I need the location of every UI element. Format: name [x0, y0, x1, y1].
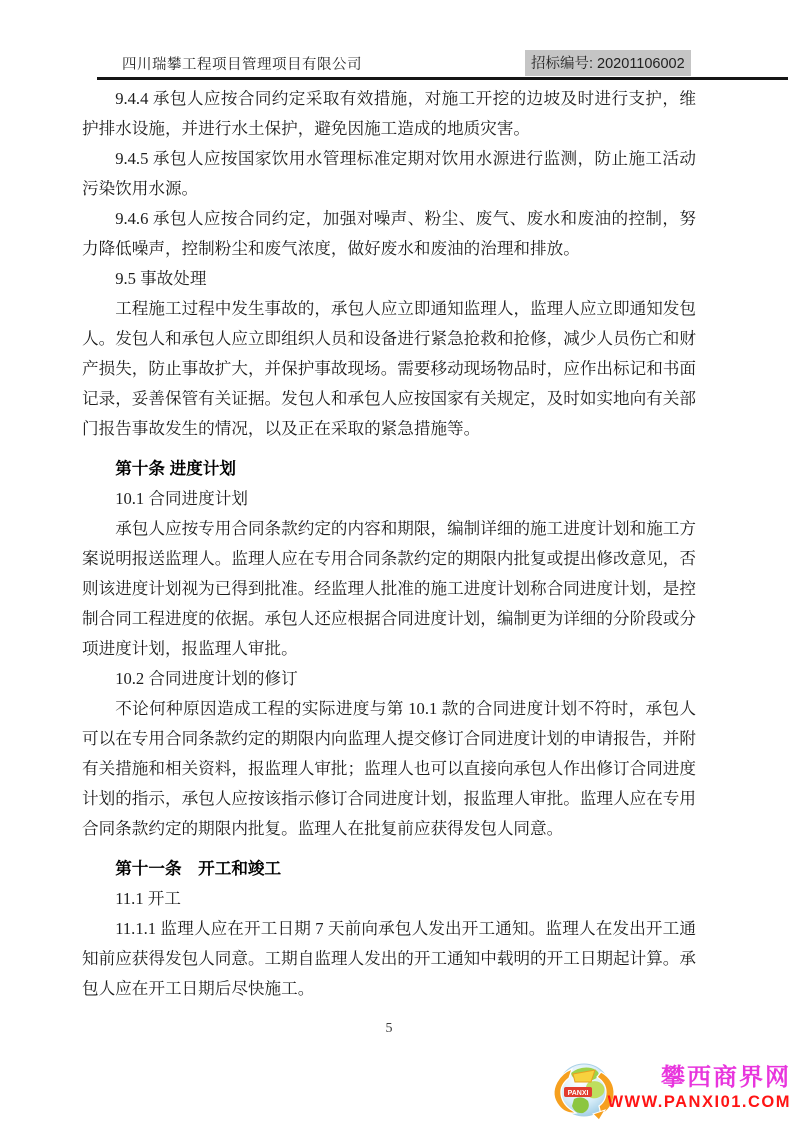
watermark-site-url: WWW.PANXI01.COM	[607, 1092, 791, 1112]
watermark-text: 攀西商界网 WWW.PANXI01.COM	[607, 1064, 791, 1112]
header-bid-number: 招标编号: 20201106002	[525, 50, 691, 76]
section-heading: 第十条 进度计划	[82, 454, 696, 484]
header-divider-rule	[97, 77, 788, 80]
sub-heading: 9.5 事故处理	[82, 264, 696, 294]
document-body: 9.4.4 承包人应按合同约定采取有效措施，对施工开挖的边坡及时进行支护，维护排…	[82, 84, 696, 1004]
document-page: 四川瑞攀工程项目管理项目有限公司 招标编号: 20201106002 9.4.4…	[0, 0, 793, 1122]
section-heading: 第十一条 开工和竣工	[82, 854, 696, 884]
watermark-site-name: 攀西商界网	[661, 1064, 791, 1092]
paragraph: 9.4.5 承包人应按国家饮用水管理标准定期对饮用水源进行监测，防止施工活动污染…	[82, 144, 696, 204]
watermark: PANXI 攀西商界网 WWW.PANXI01.COM	[547, 1060, 791, 1122]
page-number: 5	[82, 1021, 696, 1037]
paragraph: 承包人应按专用合同条款约定的内容和期限，编制详细的施工进度计划和施工方案说明报送…	[82, 514, 696, 664]
paragraph: 工程施工过程中发生事故的，承包人应立即通知监理人，监理人应立即通知发包人。发包人…	[82, 294, 696, 444]
paragraph: 9.4.6 承包人应按合同约定，加强对噪声、粉尘、废气、废水和废油的控制，努力降…	[82, 204, 696, 264]
paragraph: 不论何种原因造成工程的实际进度与第 10.1 款的合同进度计划不符时，承包人可以…	[82, 694, 696, 844]
header-company-name: 四川瑞攀工程项目管理项目有限公司	[122, 53, 362, 74]
sub-heading: 10.2 合同进度计划的修订	[82, 664, 696, 694]
panxi-banner-label: PANXI	[568, 1090, 589, 1097]
sub-heading: 10.1 合同进度计划	[82, 484, 696, 514]
paragraph: 9.4.4 承包人应按合同约定采取有效措施，对施工开挖的边坡及时进行支护，维护排…	[82, 84, 696, 144]
paragraph: 11.1.1 监理人应在开工日期 7 天前向承包人发出开工通知。监理人在发出开工…	[82, 914, 696, 1004]
sub-heading: 11.1 开工	[82, 884, 696, 914]
